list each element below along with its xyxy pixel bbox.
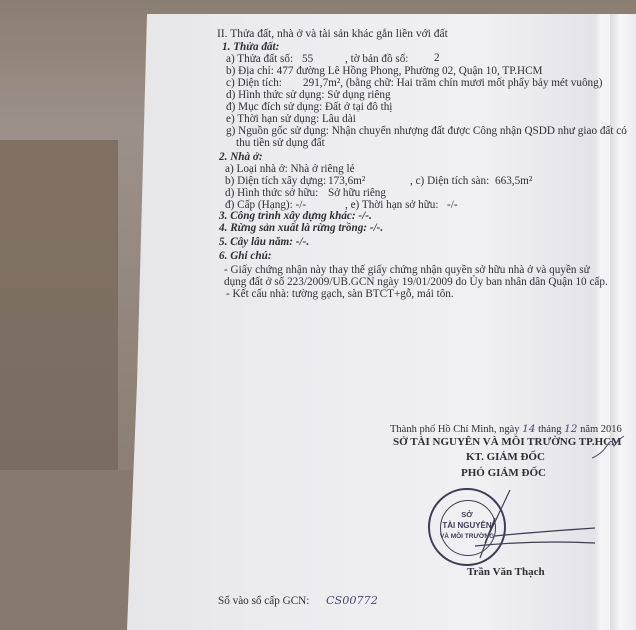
signer-name: Trần Văn Thạch bbox=[467, 566, 545, 579]
map-number: 2 bbox=[434, 52, 440, 65]
notes-line-3: - Kết cấu nhà: tường gạch, sàn BTCT+gỗ, … bbox=[226, 288, 454, 301]
floor-area-value: 663,5m² bbox=[495, 175, 532, 188]
day: 14 bbox=[522, 423, 535, 435]
floor-area-label: , c) Diện tích sàn: bbox=[410, 175, 489, 188]
origin-line-2: thu tiền sử dụng đất bbox=[236, 137, 325, 150]
perennial: 5. Cây lâu năm: -/-. bbox=[219, 236, 309, 249]
signature-icon bbox=[455, 488, 595, 558]
registry-number: CS00772 bbox=[326, 594, 378, 607]
agency: SỞ TÀI NGUYÊN VÀ MÔI TRƯỜNG TP.HCM bbox=[393, 436, 622, 449]
section-title: II. Thửa đất, nhà ở và tài sản khác gắn … bbox=[217, 28, 448, 41]
registry-label: Số vào sổ cấp GCN: bbox=[218, 595, 309, 608]
page-fold bbox=[610, 14, 636, 630]
place-date: Thành phố Hồ Chí Minh, ngày 14 tháng 12 … bbox=[390, 423, 622, 436]
forest: 4. Rừng sản xuất là rừng trồng: -/-. bbox=[219, 222, 383, 235]
background-wall-panel bbox=[0, 140, 118, 470]
deputy-title: PHÓ GIÁM ĐỐC bbox=[461, 467, 546, 480]
initials-icon bbox=[590, 434, 626, 462]
month: 12 bbox=[564, 423, 577, 435]
background-floor bbox=[0, 470, 135, 630]
month-label: tháng bbox=[538, 424, 561, 435]
notes-heading: 6. Ghi chú: bbox=[219, 250, 272, 263]
kt-title: KT. GIÁM ĐỐC bbox=[466, 451, 545, 464]
place-date-prefix: Thành phố Hồ Chí Minh, ngày bbox=[390, 424, 520, 435]
term-value: -/- bbox=[447, 199, 458, 212]
